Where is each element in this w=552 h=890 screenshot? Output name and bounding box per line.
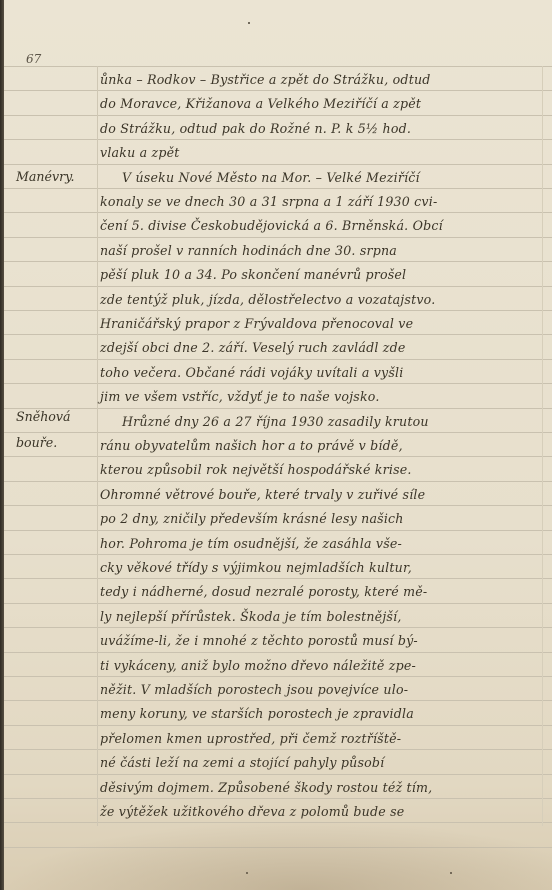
text-line: vlaku a zpět [100,140,540,166]
margin-rule [97,66,98,826]
text-line: že výtěžek užitkového dřeva z polomů bud… [100,799,540,825]
text-line: kterou způsobil rok největší hospodářské… [100,457,540,483]
text-line: zdejší obci dne 2. září. Veselý ruch zav… [100,335,540,361]
text-line: Hrůzné dny 26 a 27 října 1930 zasadily k… [100,409,540,435]
right-margin-rule [542,66,543,826]
text-line: meny koruny, ve starších porostech je zp… [100,701,540,727]
paper-speck [450,872,452,874]
text-line: po 2 dny, zničily především krásné lesy … [100,506,540,532]
chronicle-page: 67 Manévry. Sněhová bouře. ůnka – Rodkov… [4,0,552,890]
margin-note-snehova: Sněhová [16,404,94,430]
text-line: V úseku Nové Město na Mor. – Velké Meziř… [100,165,540,191]
text-line: do Strážku, odtud pak do Rožné n. P. k 5… [100,116,540,142]
margin-note-boure: bouře. [16,430,94,456]
paper-speck [246,872,248,874]
text-line: ůnka – Rodkov – Bystřice a zpět do Stráž… [100,67,540,93]
text-line: konaly se ve dnech 30 a 31 srpna a 1 zář… [100,189,540,215]
text-line: Hraničářský prapor z Frývaldova přenocov… [100,311,540,337]
margin-note-manevry: Manévry. [16,164,94,190]
text-line: hor. Pohroma je tím osudnější, že zasáhl… [100,531,540,557]
text-line: ly nejlepší přírůstek. Škoda je tím bole… [100,604,540,630]
text-line: tedy i nádherné, dosud nezralé porosty, … [100,579,540,605]
text-line: čení 5. divise Českobudějovická a 6. Brn… [100,213,540,239]
text-line: zde tentýž pluk, jízda, dělostřelectvo a… [100,287,540,313]
text-line: děsivým dojmem. Způsobené škody rostou t… [100,775,540,801]
text-line: do Moravce, Křižanova a Velkého Meziříčí… [100,91,540,117]
page-number: 67 [26,52,41,66]
ruled-line [4,847,552,848]
paper-speck [248,22,250,24]
text-line: cky věkové třídy s výjimkou nejmladších … [100,555,540,581]
text-line: ti vykáceny, aniž bylo možno dřevo nálež… [100,653,540,679]
text-line: né části leží na zemi a stojící pahyly p… [100,750,540,776]
text-line: něžit. V mladších porostech jsou povejví… [100,677,540,703]
text-line: toho večera. Občané rádi vojáky uvítali … [100,360,540,386]
text-line: ránu obyvatelům našich hor a to právě v … [100,433,540,459]
text-line: naší prošel v ranních hodinách dne 30. s… [100,238,540,264]
text-line: Ohromné větrové bouře, které trvaly v zu… [100,482,540,508]
text-line: pěší pluk 10 a 34. Po skončení manévrů p… [100,262,540,288]
text-line: uvážíme-li, že i mnohé z těchto porostů … [100,628,540,654]
text-line: přelomen kmen uprostřed, při čemž roztří… [100,726,540,752]
text-line: jim ve všem vstříc, vždyť je to naše voj… [100,384,540,410]
